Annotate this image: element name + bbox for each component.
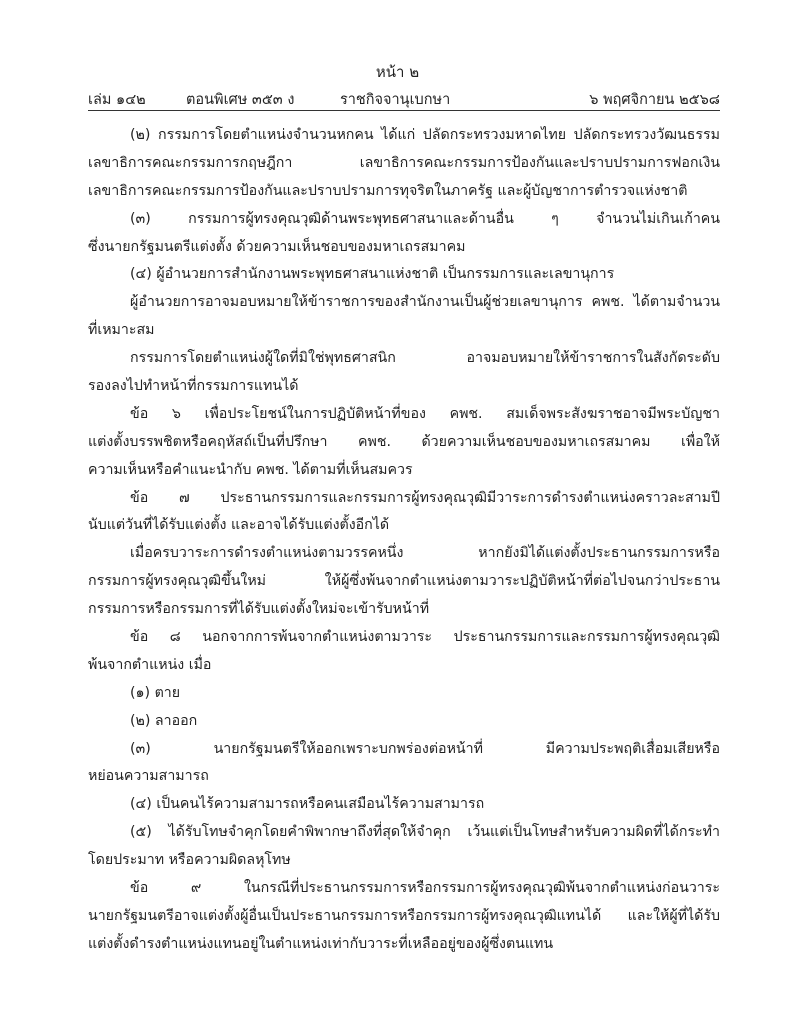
volume-label: เล่ม ๑๔๒	[88, 88, 146, 111]
paragraph-line: ข้อ ๘ นอกจากการพ้นจากตำแหน่งตามวาระ ประธ…	[88, 624, 720, 652]
paragraph-line: แต่งตั้งดำรงตำแหน่งแทนอยู่ในตำแหน่งเท่าก…	[88, 931, 720, 959]
paragraph-line: (๒) กรรมการโดยตำแหน่งจำนวนหกคน ได้แก่ ปล…	[88, 122, 720, 150]
paragraph-line: กรรมการโดยตำแหน่งผู้ใดที่มิใช่พุทธศาสนิก…	[88, 345, 720, 373]
gazette-header: เล่ม ๑๔๒ ตอนพิเศษ ๓๕๓ ง ราชกิจจานุเบกษา …	[88, 88, 720, 111]
paragraph-line: เมื่อครบวาระการดำรงตำแหน่งตามวรรคหนึ่ง ห…	[88, 540, 720, 568]
paragraph-line: ซึ่งนายกรัฐมนตรีแต่งตั้ง ด้วยความเห็นชอบ…	[88, 234, 720, 262]
document-body: (๒) กรรมการโดยตำแหน่งจำนวนหกคน ได้แก่ ปล…	[88, 122, 720, 959]
paragraph-line: กรรมการผู้ทรงคุณวุฒิขึ้นใหม่ ให้ผู้ซึ่งพ…	[88, 568, 720, 596]
page-number: หน้า ๒	[0, 60, 795, 84]
publication-date: ๖ พฤศจิกายน ๒๕๖๘	[589, 88, 720, 111]
paragraph-line: ข้อ ๙ ในกรณีที่ประธานกรรมการหรือกรรมการผ…	[88, 875, 720, 903]
paragraph-line: โดยประมาท หรือความผิดลหุโทษ	[88, 847, 720, 875]
paragraph-line: (๓) กรรมการผู้ทรงคุณวุฒิด้านพระพุทธศาสนา…	[88, 206, 720, 234]
paragraph-line: นับแต่วันที่ได้รับแต่งตั้ง และอาจได้รับแ…	[88, 512, 720, 540]
paragraph-line: (๑) ตาย	[88, 680, 720, 708]
paragraph-line: หย่อนความสามารถ	[88, 763, 720, 791]
paragraph-line: เลขาธิการคณะกรรมการกฤษฎีกา เลขาธิการคณะก…	[88, 150, 720, 178]
paragraph-line: ข้อ ๖ เพื่อประโยชน์ในการปฏิบัติหน้าที่ขอ…	[88, 401, 720, 429]
paragraph-line: (๔) เป็นคนไร้ความสามารถหรือคนเสมือนไร้คว…	[88, 791, 720, 819]
paragraph-line: (๒) ลาออก	[88, 708, 720, 736]
paragraph-line: นายกรัฐมนตรีอาจแต่งตั้งผู้อื่นเป็นประธาน…	[88, 903, 720, 931]
paragraph-line: ที่เหมาะสม	[88, 317, 720, 345]
paragraph-line: กรรมการหรือกรรมการที่ได้รับแต่งตั้งใหม่จ…	[88, 596, 720, 624]
issue-label: ตอนพิเศษ ๓๕๓ ง	[186, 88, 294, 111]
paragraph-line: แต่งตั้งบรรพชิตหรือคฤหัสถ์เป็นที่ปรึกษา …	[88, 429, 720, 457]
paragraph-line: ความเห็นหรือคำแนะนำกับ คพช. ได้ตามที่เห็…	[88, 457, 720, 485]
paragraph-line: เลขาธิการคณะกรรมการป้องกันและปราบปรามการ…	[88, 178, 720, 206]
paragraph-line: (๓) นายกรัฐมนตรีให้ออกเพราะบกพร่องต่อหน้…	[88, 736, 720, 764]
paragraph-line: พ้นจากตำแหน่ง เมื่อ	[88, 652, 720, 680]
publication-title: ราชกิจจานุเบกษา	[340, 88, 450, 111]
paragraph-line: (๕) ได้รับโทษจำคุกโดยคำพิพากษาถึงที่สุดใ…	[88, 819, 720, 847]
paragraph-line: ข้อ ๗ ประธานกรรมการและกรรมการผู้ทรงคุณวุ…	[88, 485, 720, 513]
paragraph-line: ผู้อำนวยการอาจมอบหมายให้ข้าราชการของสำนั…	[88, 289, 720, 317]
paragraph-line: รองลงไปทำหน้าที่กรรมการแทนได้	[88, 373, 720, 401]
paragraph-line: (๔) ผู้อำนวยการสำนักงานพระพุทธศาสนาแห่งช…	[88, 261, 720, 289]
